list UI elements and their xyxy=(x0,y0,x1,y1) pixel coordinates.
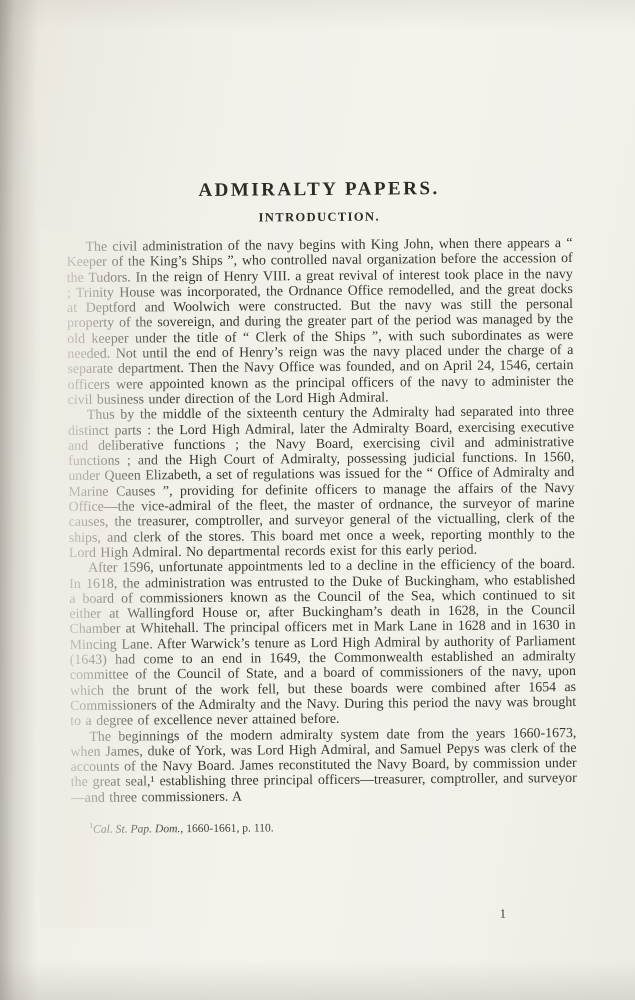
text-block: ADMIRALTY PAPERS. INTRODUCTION. The civi… xyxy=(66,177,577,836)
paragraph-3: After 1596, unfortunate appointments led… xyxy=(69,557,576,729)
page-number: 1 xyxy=(500,907,507,922)
page-title: ADMIRALTY PAPERS. xyxy=(66,177,572,203)
footnote-citation-detail: 1660-1661, p. 110. xyxy=(183,821,273,835)
footnote: 1Cal. St. Pap. Dom., 1660-1661, p. 110. xyxy=(71,819,577,836)
page-gutter-shadow xyxy=(0,0,38,1000)
paragraph-4: The beginnings of the modern admiralty s… xyxy=(70,725,577,805)
paragraph-1: The civil administration of the navy beg… xyxy=(66,236,573,408)
footnote-citation: Cal. St. Pap. Dom., xyxy=(93,822,183,836)
paragraph-2: Thus by the middle of the sixteenth cent… xyxy=(68,404,575,561)
scanned-book-page: ADMIRALTY PAPERS. INTRODUCTION. The civi… xyxy=(0,0,635,1000)
section-heading: INTRODUCTION. xyxy=(66,208,572,227)
